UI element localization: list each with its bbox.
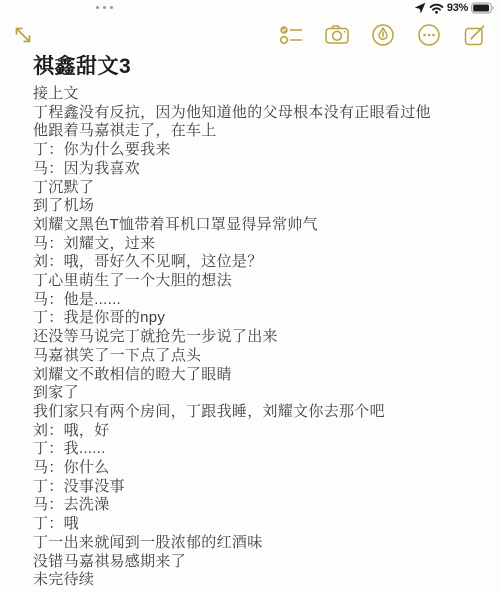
battery-icon — [471, 2, 495, 14]
note-toolbar — [0, 20, 500, 52]
battery-percent: 93% — [447, 2, 468, 14]
note-text-line[interactable]: 丁：我...... — [33, 440, 486, 459]
note-text-line[interactable]: 马：你什么 — [33, 459, 486, 478]
more-options-icon[interactable] — [416, 22, 442, 48]
note-text-line[interactable]: 未完待续 — [33, 571, 486, 590]
note-text-line[interactable]: 丁：我是你哥的npy — [33, 309, 486, 328]
note-text-line[interactable]: 刘：哦，哥好久不见啊，这位是？ — [33, 253, 486, 272]
note-text-line[interactable]: 丁：你为什么要我来 — [33, 141, 486, 160]
notes-app-window: 93% — [0, 0, 500, 592]
note-content[interactable]: 祺鑫甜文3 接上文 丁程鑫没有反抗，因为他知道他的父母根本没有正眼看过他 他跟着… — [33, 54, 486, 590]
note-text-line[interactable]: 丁：哦 — [33, 515, 486, 534]
note-text-line[interactable]: 丁一出来就闻到一股浓郁的红酒味 — [33, 534, 486, 553]
note-title[interactable]: 祺鑫甜文3 — [33, 54, 486, 79]
status-bar: 93% — [0, 0, 500, 16]
note-text-line[interactable]: 马：因为我喜欢 — [33, 160, 486, 179]
note-body[interactable]: 接上文 丁程鑫没有反抗，因为他知道他的父母根本没有正眼看过他 他跟着马嘉祺走了，… — [33, 85, 486, 590]
note-text-line[interactable]: 我们家只有两个房间，丁跟我睡，刘耀文你去那个吧 — [33, 403, 486, 422]
note-text-line[interactable]: 到了机场 — [33, 197, 486, 216]
note-text-line[interactable]: 到家了 — [33, 384, 486, 403]
window-dots-icon[interactable] — [96, 6, 113, 9]
note-text-line[interactable]: 丁心里萌生了一个大胆的想法 — [33, 272, 486, 291]
note-text-line[interactable]: 接上文 — [33, 85, 486, 104]
note-text-line[interactable]: 马：刘耀文，过来 — [33, 235, 486, 254]
location-arrow-icon — [414, 2, 426, 14]
toolbar-buttons — [278, 22, 488, 48]
note-text-line[interactable]: 马：他是...... — [33, 291, 486, 310]
markup-icon[interactable] — [370, 22, 396, 48]
note-text-line[interactable]: 丁程鑫没有反抗，因为他知道他的父母根本没有正眼看过他 — [33, 104, 486, 123]
note-text-line[interactable]: 马：去洗澡 — [33, 496, 486, 515]
note-text-line[interactable]: 丁：没事没事 — [33, 478, 486, 497]
checklist-icon[interactable] — [278, 22, 304, 48]
note-text-line[interactable]: 刘：哦，好 — [33, 422, 486, 441]
note-text-line[interactable]: 没错马嘉祺易感期来了 — [33, 553, 486, 572]
note-text-line[interactable]: 他跟着马嘉祺走了，在车上 — [33, 122, 486, 141]
compose-icon[interactable] — [462, 22, 488, 48]
note-text-line[interactable]: 还没等马说完丁就抢先一步说了出来 — [33, 328, 486, 347]
status-indicators: 93% — [414, 2, 495, 14]
note-text-line[interactable]: 刘耀文不敢相信的瞪大了眼睛 — [33, 366, 486, 385]
wifi-icon — [429, 3, 444, 14]
note-text-line[interactable]: 刘耀文黑色T恤带着耳机口罩显得异常帅气 — [33, 216, 486, 235]
camera-icon[interactable] — [324, 22, 350, 48]
expand-diagonal-icon[interactable] — [11, 23, 35, 47]
note-text-line[interactable]: 丁沉默了 — [33, 179, 486, 198]
note-text-line[interactable]: 马嘉祺笑了一下点了点头 — [33, 347, 486, 366]
